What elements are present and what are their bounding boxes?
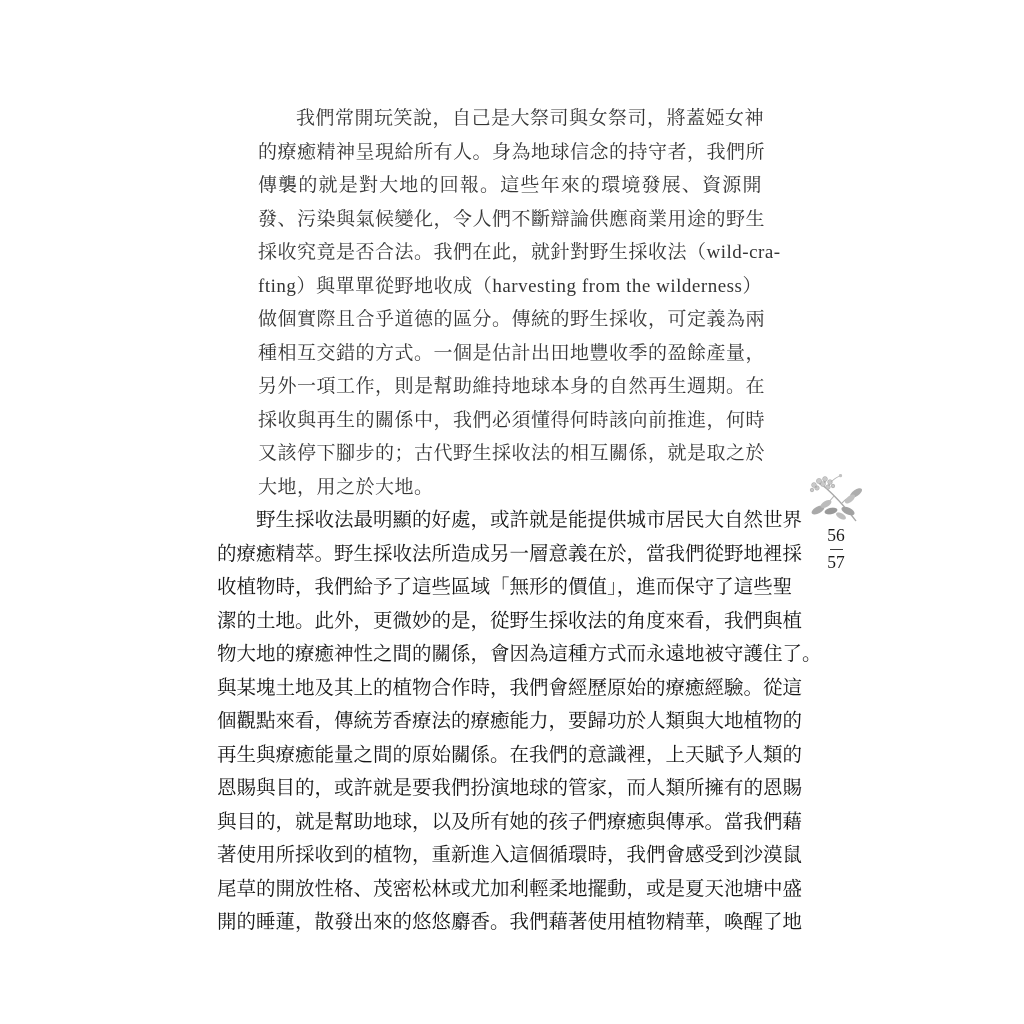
text-line: 傳襲的就是對大地的回報。這些年來的環境發展、資源開 bbox=[258, 169, 762, 203]
text-line: 與目的，就是幫助地球，以及所有她的孩子們療癒與傳承。當我們藉 bbox=[217, 806, 783, 840]
text-line: 發、污染與氣候變化，令人們不斷辯論供應商業用途的野生 bbox=[258, 203, 762, 237]
book-page: 我們常開玩笑說，自己是大祭司與女祭司，將蓋婭女神的療癒精神呈現給所有人。身為地球… bbox=[0, 0, 1024, 1024]
text-line: 做個實際且合乎道德的區分。傳統的野生採收，可定義為兩 bbox=[258, 303, 762, 337]
text-line: 物大地的療癒神性之間的關係，會因為這種方式而永遠地被守護住了。 bbox=[217, 638, 783, 672]
text-line: 的療癒精萃。野生採收法所造成另一層意義在於，當我們從野地裡採 bbox=[217, 538, 783, 572]
page-number-top: 56 bbox=[814, 526, 858, 545]
text-line: 另外一項工作，則是幫助維持地球本身的自然再生週期。在 bbox=[258, 370, 762, 404]
text-line: 我們常開玩笑說，自己是大祭司與女祭司，將蓋婭女神 bbox=[258, 102, 762, 136]
text-line: 與某塊土地及其上的植物合作時，我們會經歷原始的療癒經驗。從這 bbox=[217, 672, 783, 706]
page-number-divider bbox=[830, 549, 843, 550]
text-line: 尾草的開放性格、茂密松林或尤加利輕柔地擺動，或是夏天池塘中盛 bbox=[217, 873, 783, 907]
flower-sprig-icon bbox=[804, 471, 872, 527]
text-line: 著使用所採收到的植物，重新進入這個循環時，我們會感受到沙漠鼠 bbox=[217, 839, 783, 873]
page-number: 56 57 bbox=[814, 526, 858, 572]
text-line: 個觀點來看，傳統芳香療法的療癒能力，要歸功於人類與大地植物的 bbox=[217, 705, 783, 739]
paragraph-intro: 我們常開玩笑說，自己是大祭司與女祭司，將蓋婭女神的療癒精神呈現給所有人。身為地球… bbox=[258, 102, 762, 504]
text-line: 採收與再生的關係中，我們必須懂得何時該向前推進，何時 bbox=[258, 404, 762, 438]
paragraph-body: 野生採收法最明顯的好處，或許就是能提供城市居民大自然世界的療癒精萃。野生採收法所… bbox=[217, 504, 783, 940]
text-line: 潔的土地。此外，更微妙的是，從野生採收法的角度來看，我們與植 bbox=[217, 605, 783, 639]
text-line: 又該停下腳步的；古代野生採收法的相互關係，就是取之於 bbox=[258, 437, 762, 471]
text-line: 野生採收法最明顯的好處，或許就是能提供城市居民大自然世界 bbox=[217, 504, 783, 538]
page-number-bottom: 57 bbox=[814, 553, 858, 572]
text-line: 的療癒精神呈現給所有人。身為地球信念的持守者，我們所 bbox=[258, 136, 762, 170]
text-line: 開的睡蓮，散發出來的悠悠麝香。我們藉著使用植物精華，喚醒了地 bbox=[217, 906, 783, 940]
text-line: 收植物時，我們給予了這些區域「無形的價值」，進而保守了這些聖 bbox=[217, 571, 783, 605]
text-line: 再生與療癒能量之間的原始關係。在我們的意識裡，上天賦予人類的 bbox=[217, 739, 783, 773]
text-line: 大地，用之於大地。 bbox=[258, 471, 762, 505]
text-line: 種相互交錯的方式。一個是估計出田地豐收季的盈餘產量， bbox=[258, 337, 762, 371]
botanical-ornament bbox=[804, 471, 872, 527]
text-line: 採收究竟是否合法。我們在此，就針對野生採收法（wild-cra- bbox=[258, 236, 762, 270]
text-line: 恩賜與目的，或許就是要我們扮演地球的管家，而人類所擁有的恩賜 bbox=[217, 772, 783, 806]
text-line: fting）與單單從野地收成（harvesting from the wilde… bbox=[258, 270, 762, 304]
